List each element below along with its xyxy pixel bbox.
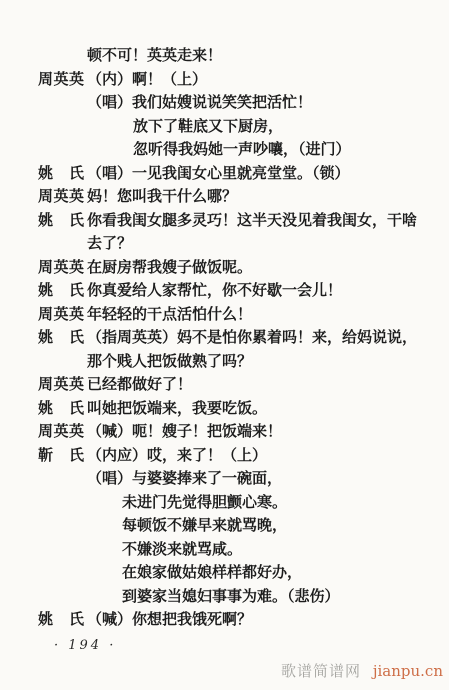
line-text: 在娘家做姑娘样样都好办， [122, 561, 302, 585]
speaker-name: 靳 氏 [38, 444, 87, 468]
line-text: 不嫌淡来就骂咸。 [122, 538, 242, 562]
speaker-name: 周英英 [38, 373, 87, 397]
speaker-name: 周英英 [38, 256, 87, 280]
line-text: 忽听得我妈她一声吵嚷，（进门） [133, 138, 351, 162]
line-text: 顿不可！英英走来！ [87, 44, 222, 68]
speaker-name: 姚 氏 [38, 279, 87, 303]
speaker-name: 姚 氏 [38, 326, 87, 350]
line-text: 未进门先觉得胆颤心寒。 [122, 491, 287, 515]
watermark-site-name: 歌谱简谱网 [281, 662, 361, 680]
script-line: 每顿饭不嫌早来就骂晚， [38, 514, 435, 538]
script-line: （唱）与婆婆捧来了一碗面， [38, 467, 435, 491]
line-text: （唱）我们姑嫂说说笑笑把活忙！ [87, 91, 312, 115]
speaker-name: 周英英 [38, 185, 87, 209]
line-text: 每顿饭不嫌早来就骂晚， [122, 514, 287, 538]
watermark-url: jianpu.cn [373, 662, 443, 680]
script-body: 顿不可！英英走来！ 周英英 （内）啊！（上） （唱）我们姑嫂说说笑笑把活忙！ 放… [38, 44, 435, 632]
line-text: 到婆家当媳妇事事为难。（悲伤） [122, 585, 340, 609]
script-line: 不嫌淡来就骂咸。 [38, 538, 435, 562]
line-text: （喊）呃！嫂子！把饭端来！ [87, 420, 282, 444]
script-line: （唱）我们姑嫂说说笑笑把活忙！ [38, 91, 435, 115]
script-line: 姚 氏 你真爱给人家帮忙，你不好歇一会儿！ [38, 279, 435, 303]
line-text: （喊）你想把我饿死啊？ [87, 608, 252, 632]
line-text: （唱）一见我闺女心里就亮堂堂。（锁） [87, 162, 350, 186]
script-line: 周英英 年轻轻的干点活怕什么！ [38, 303, 435, 327]
script-line: 周英英 妈！您叫我干什么哪？ [38, 185, 435, 209]
watermark: 歌谱简谱网 jianpu.cn [281, 660, 443, 681]
speaker-name: 姚 氏 [38, 608, 87, 632]
line-text: （内）啊！（上） [87, 68, 207, 92]
script-line: 姚 氏 （唱）一见我闺女心里就亮堂堂。（锁） [38, 162, 435, 186]
line-text: 那个贱人把饭做熟了吗？ [87, 350, 252, 374]
line-text: （唱）与婆婆捧来了一碗面， [87, 467, 282, 491]
line-text: 你真爱给人家帮忙，你不好歇一会儿！ [87, 279, 342, 303]
line-text: 在厨房帮我嫂子做饭呢。 [87, 256, 252, 280]
page-number: · 194 · [54, 638, 116, 653]
script-line: 顿不可！英英走来！ [38, 44, 435, 68]
script-line: 姚 氏 你看我闺女腿多灵巧！这半天没见着我闺女，干啥 [38, 209, 435, 233]
script-line: 靳 氏 （内应）哎，来了！（上） [38, 444, 435, 468]
line-text: 放下了鞋底又下厨房， [133, 115, 283, 139]
speaker-name: 周英英 [38, 68, 87, 92]
script-line: 在娘家做姑娘样样都好办， [38, 561, 435, 585]
script-line: 周英英 在厨房帮我嫂子做饭呢。 [38, 256, 435, 280]
line-text: 你看我闺女腿多灵巧！这半天没见着我闺女，干啥 [87, 209, 417, 233]
line-text: （指周英英）妈不是怕你累着吗！来，给妈说说， [87, 326, 417, 350]
line-text: 已经都做好了！ [87, 373, 192, 397]
script-line: 到婆家当媳妇事事为难。（悲伤） [38, 585, 435, 609]
line-text: 叫她把饭端来，我要吃饭。 [87, 397, 267, 421]
line-text: （内应）哎，来了！（上） [87, 444, 267, 468]
line-text: 去了？ [87, 232, 132, 256]
script-line: 去了？ [38, 232, 435, 256]
line-text: 妈！您叫我干什么哪？ [87, 185, 237, 209]
script-line: 那个贱人把饭做熟了吗？ [38, 350, 435, 374]
script-line: 周英英 （喊）呃！嫂子！把饭端来！ [38, 420, 435, 444]
speaker-name: 周英英 [38, 420, 87, 444]
script-line: 忽听得我妈她一声吵嚷，（进门） [38, 138, 435, 162]
script-line: 姚 氏 （喊）你想把我饿死啊？ [38, 608, 435, 632]
script-line: 放下了鞋底又下厨房， [38, 115, 435, 139]
script-line: 周英英 （内）啊！（上） [38, 68, 435, 92]
speaker-name: 周英英 [38, 303, 87, 327]
speaker-name: 姚 氏 [38, 397, 87, 421]
script-line: 周英英 已经都做好了！ [38, 373, 435, 397]
speaker-name: 姚 氏 [38, 162, 87, 186]
script-page: 顿不可！英英走来！ 周英英 （内）啊！（上） （唱）我们姑嫂说说笑笑把活忙！ 放… [0, 0, 449, 690]
script-line: 姚 氏 （指周英英）妈不是怕你累着吗！来，给妈说说， [38, 326, 435, 350]
line-text: 年轻轻的干点活怕什么！ [87, 303, 252, 327]
speaker-name: 姚 氏 [38, 209, 87, 233]
script-line: 未进门先觉得胆颤心寒。 [38, 491, 435, 515]
script-line: 姚 氏 叫她把饭端来，我要吃饭。 [38, 397, 435, 421]
